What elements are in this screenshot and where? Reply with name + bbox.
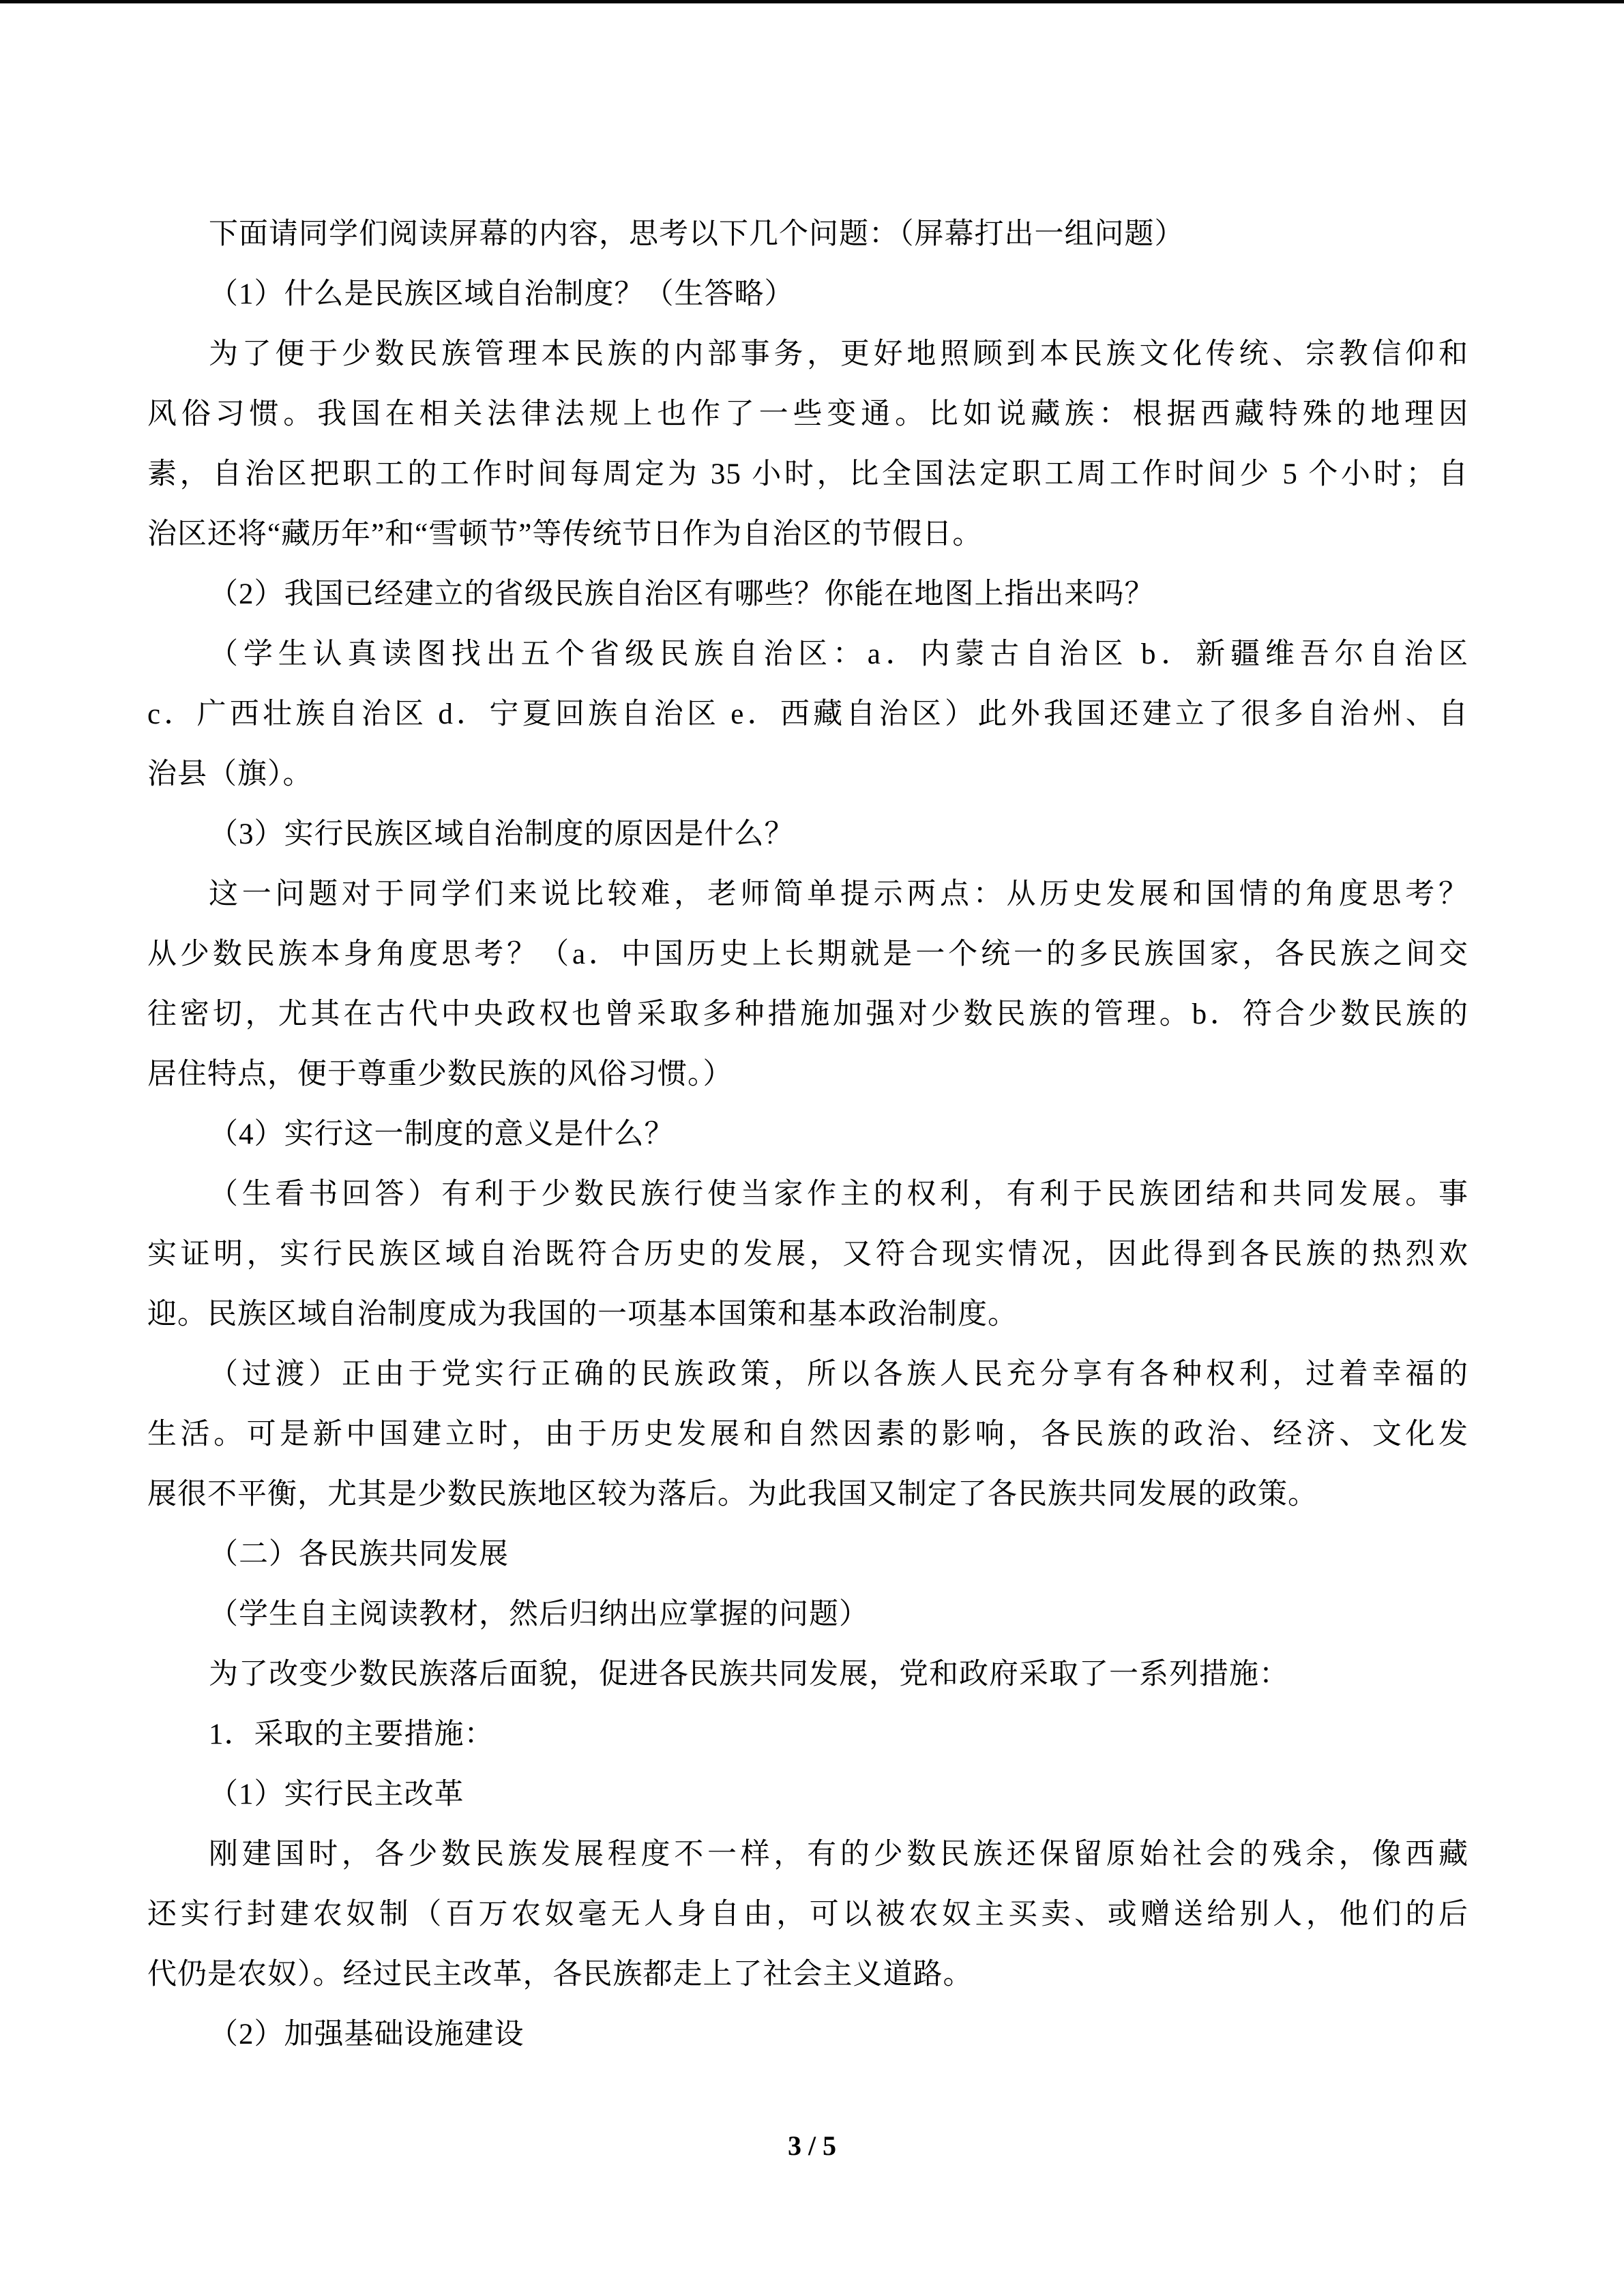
text-line: （2）我国已经建立的省级民族自治区有哪些？你能在地图上指出来吗？ — [147, 565, 1468, 625]
text-line: 为了便于少数民族管理本民族的内部事务，更好地照顾到本民族文化传统、宗教信仰和 — [147, 325, 1468, 385]
text-line: 实证明，实行民族区域自治既符合历史的发展，又符合现实情况，因此得到各民族的热烈欢 — [147, 1225, 1468, 1285]
text-line: 风俗习惯。我国在相关法律法规上也作了一些变通。比如说藏族：根据西藏特殊的地理因 — [147, 385, 1468, 445]
text-line: 居住特点，便于尊重少数民族的风俗习惯。） — [147, 1045, 1468, 1105]
text-line: 1．采取的主要措施： — [147, 1705, 1468, 1765]
text-line: 代仍是农奴）。经过民主改革，各民族都走上了社会主义道路。 — [147, 1945, 1468, 2005]
text-line: （1）实行民主改革 — [147, 1765, 1468, 1825]
text-line: 还实行封建农奴制（百万农奴毫无人身自由，可以被农奴主买卖、或赠送给别人，他们的后 — [147, 1885, 1468, 1945]
text-line: c．广西壮族自治区 d．宁夏回族自治区 e．西藏自治区）此外我国还建立了很多自治… — [147, 685, 1468, 745]
text-line: 下面请同学们阅读屏幕的内容，思考以下几个问题：（屏幕打出一组问题） — [147, 205, 1468, 265]
text-line: 迎。民族区域自治制度成为我国的一项基本国策和基本政治制度。 — [147, 1285, 1468, 1345]
text-line: 素，自治区把职工的工作时间每周定为 35 小时，比全国法定职工周工作时间少 5 … — [147, 445, 1468, 505]
top-border — [0, 0, 1624, 3]
text-line: 治区还将“藏历年”和“雪顿节”等传统节日作为自治区的节假日。 — [147, 505, 1468, 565]
text-line: （1）什么是民族区域自治制度？（生答略） — [147, 265, 1468, 325]
document-body: 下面请同学们阅读屏幕的内容，思考以下几个问题：（屏幕打出一组问题）（1）什么是民… — [147, 205, 1468, 2065]
text-line: （二）各民族共同发展 — [147, 1525, 1468, 1585]
text-line: （4）实行这一制度的意义是什么？ — [147, 1105, 1468, 1165]
text-line: 生活。可是新中国建立时，由于历史发展和自然因素的影响，各民族的政治、经济、文化发 — [147, 1405, 1468, 1465]
text-line: （3）实行民族区域自治制度的原因是什么？ — [147, 805, 1468, 865]
text-line: （生看书回答）有利于少数民族行使当家作主的权利，有利于民族团结和共同发展。事 — [147, 1165, 1468, 1225]
text-line: 往密切，尤其在古代中央政权也曾采取多种措施加强对少数民族的管理。b．符合少数民族… — [147, 985, 1468, 1045]
text-line: 为了改变少数民族落后面貌，促进各民族共同发展，党和政府采取了一系列措施： — [147, 1645, 1468, 1705]
text-line: （学生自主阅读教材，然后归纳出应掌握的问题） — [147, 1585, 1468, 1645]
page-number: 3 / 5 — [0, 2129, 1624, 2163]
text-line: 展很不平衡，尤其是少数民族地区较为落后。为此我国又制定了各民族共同发展的政策。 — [147, 1465, 1468, 1525]
text-line: 从少数民族本身角度思考？（a．中国历史上长期就是一个统一的多民族国家，各民族之间… — [147, 925, 1468, 985]
text-line: 治县（旗）。 — [147, 745, 1468, 805]
text-line: （过渡）正由于党实行正确的民族政策，所以各族人民充分享有各种权利，过着幸福的 — [147, 1345, 1468, 1405]
text-line: （学生认真读图找出五个省级民族自治区：a．内蒙古自治区 b．新疆维吾尔自治区 — [147, 625, 1468, 685]
text-line: 刚建国时，各少数民族发展程度不一样，有的少数民族还保留原始社会的残余，像西藏 — [147, 1825, 1468, 1885]
text-line: 这一问题对于同学们来说比较难，老师简单提示两点：从历史发展和国情的角度思考？ — [147, 865, 1468, 925]
text-line: （2）加强基础设施建设 — [147, 2005, 1468, 2065]
